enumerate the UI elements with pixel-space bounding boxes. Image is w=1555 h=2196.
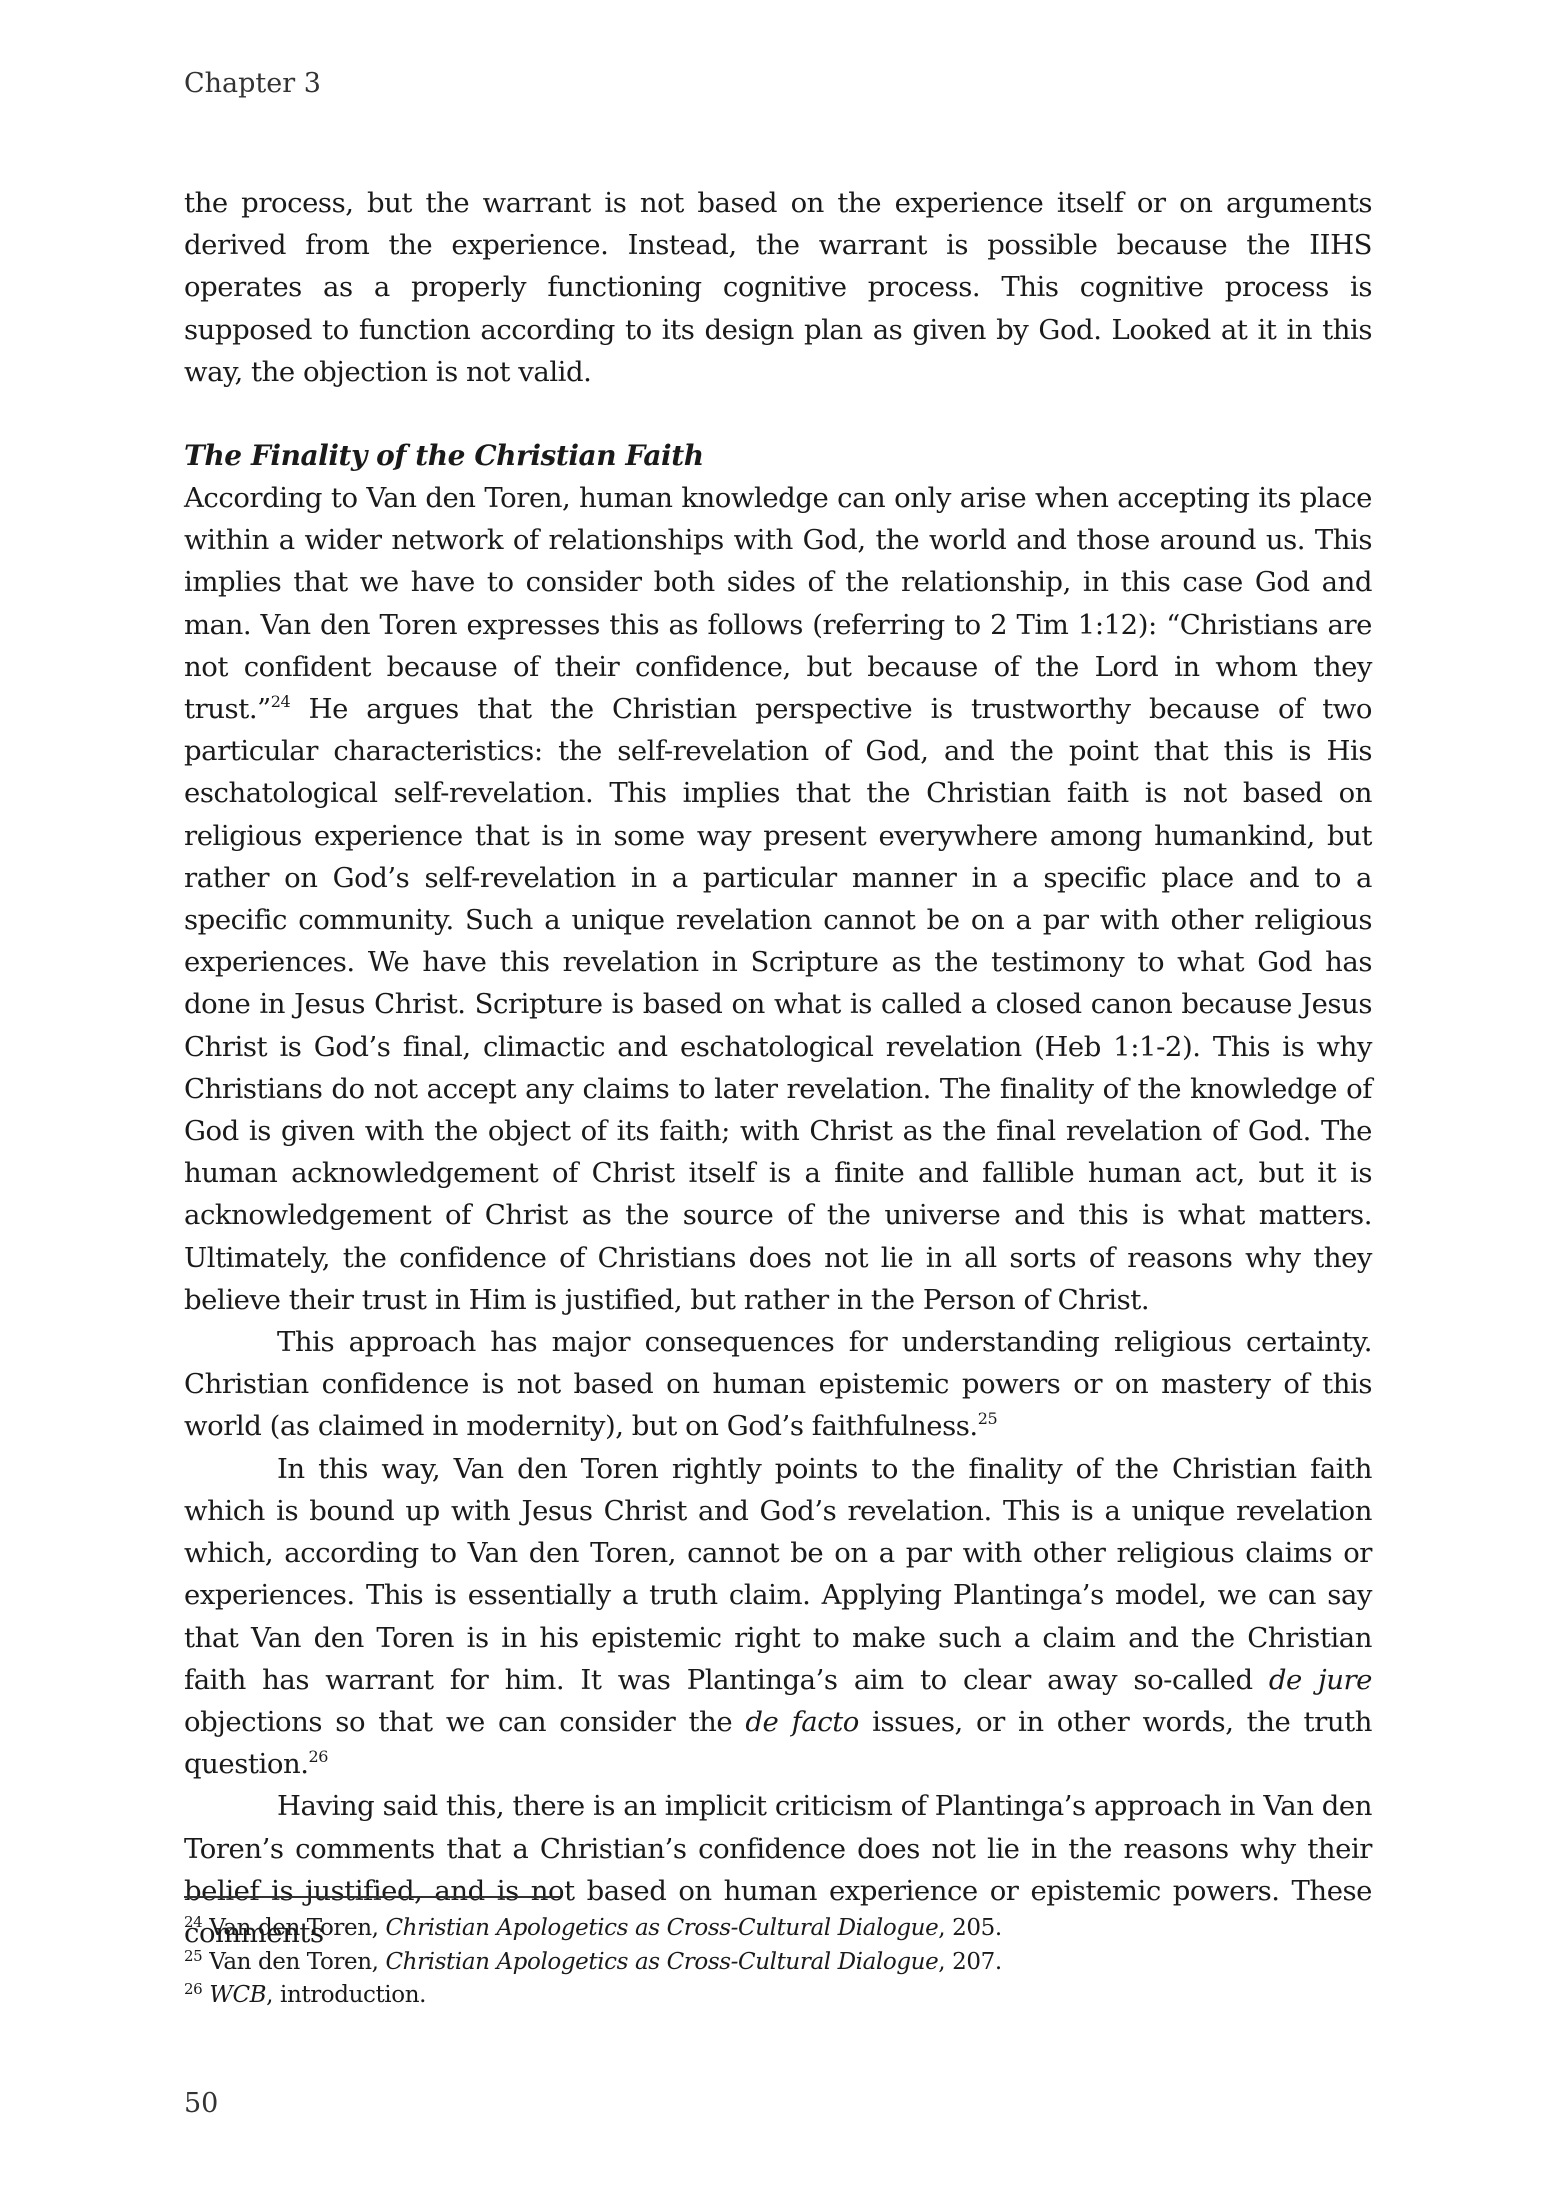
page-number: 50	[184, 2088, 218, 2119]
footnote-ref-25[interactable]: 25	[978, 1409, 997, 1428]
footnote-text: , 205.	[938, 1915, 1001, 1941]
footnote-divider	[184, 1896, 560, 1898]
footnotes: 24 Van den Toren, Christian Apologetics …	[184, 1912, 1372, 2013]
paragraph-text: According to Van den Toren, human knowle…	[184, 482, 1372, 725]
body-text: the process, but the warrant is not base…	[184, 182, 1372, 1954]
footnote-text: , introduction.	[266, 1982, 426, 2008]
footnote-number: 25	[184, 1947, 202, 1965]
footnote-number: 26	[184, 1980, 202, 1998]
footnote-number: 24	[184, 1913, 202, 1931]
paragraph-text: He argues that the Christian perspective…	[184, 693, 1372, 1316]
footnote-text: Van den Toren,	[209, 1949, 385, 1975]
footnote-text: , 207.	[938, 1949, 1001, 1975]
footnote-26: 26 WCB, introduction.	[184, 1979, 1372, 2013]
paragraph-text: In this way, Van den Toren rightly point…	[184, 1453, 1372, 1696]
section-heading: The Finality of the Christian Faith	[184, 435, 1372, 477]
paragraph-text: This approach has major consequences for…	[184, 1326, 1372, 1442]
running-head: Chapter 3	[184, 68, 321, 99]
paragraph-in-this-way: In this way, Van den Toren rightly point…	[184, 1448, 1372, 1786]
footnote-text: Van den Toren,	[209, 1915, 385, 1941]
paragraph-continuation: the process, but the warrant is not base…	[184, 182, 1372, 393]
paragraph-finality: According to Van den Toren, human knowle…	[184, 477, 1372, 1321]
footnote-ref-24[interactable]: 24	[271, 692, 290, 711]
italic-term: de facto	[745, 1706, 859, 1738]
footnote-title: Christian Apologetics as Cross-Cultural …	[385, 1915, 938, 1941]
footnote-25: 25 Van den Toren, Christian Apologetics …	[184, 1946, 1372, 1980]
footnote-title: WCB	[209, 1982, 266, 2008]
footnote-title: Christian Apologetics as Cross-Cultural …	[385, 1949, 938, 1975]
paragraph-text: objections so that we can consider the	[184, 1706, 745, 1738]
footnote-24: 24 Van den Toren, Christian Apologetics …	[184, 1912, 1372, 1946]
footnote-ref-26[interactable]: 26	[309, 1747, 328, 1766]
italic-term: de jure	[1269, 1664, 1372, 1696]
paragraph-approach: This approach has major consequences for…	[184, 1321, 1372, 1448]
